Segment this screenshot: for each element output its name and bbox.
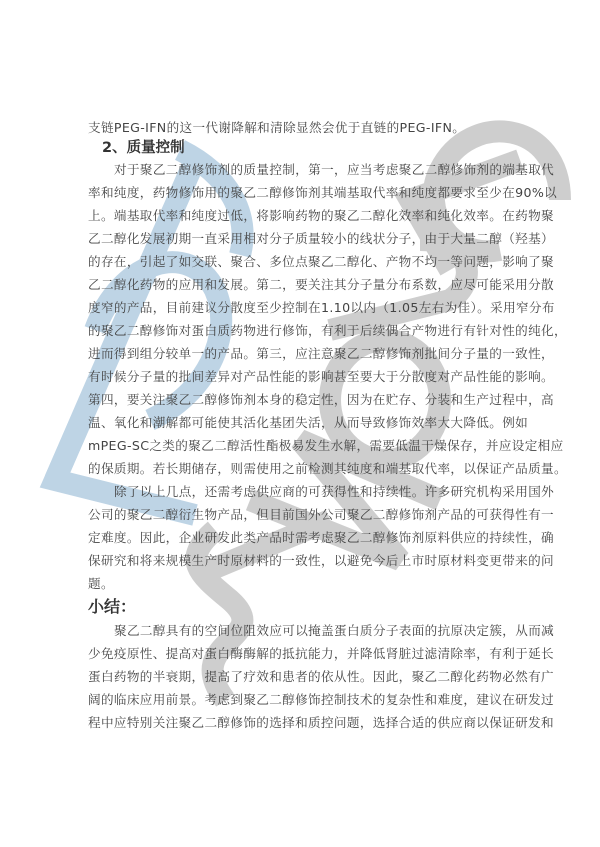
summary-heading: 小结： bbox=[88, 594, 136, 617]
text-line: 乙二醇化药物的应用和发展。第二，要关注其分子量分布系数，应尽可能采用分散 bbox=[88, 273, 514, 297]
text-line: 第四，要关注聚乙二醇修饰剂本身的稳定性，因为在贮存、分装和生产过程中，高 bbox=[88, 388, 514, 412]
text-line: 进而得到组分较单一的产品。第三，应注意聚乙二醇修饰剂批间分子量的一致性， bbox=[88, 342, 514, 366]
text-line: 的保质期。若长期储存，则需使用之前检测其纯度和端基取代率，以保证产品质量。 bbox=[88, 457, 514, 481]
text-line: 的聚乙二醇修饰对蛋白质药物进行修饰，有利于后续偶合产物进行有针对性的纯化， bbox=[88, 319, 514, 343]
text-line: 对于聚乙二醇修饰剂的质量控制，第一，应当考虑聚乙二醇修饰剂的端基取代 bbox=[114, 158, 514, 182]
text-line: 公司的聚乙二醇衍生物产品，但目前国外公司聚乙二醇修饰剂产品的可获得性有一 bbox=[88, 503, 514, 527]
text-line: 保研究和将来规模生产时原材料的一致性，以避免今后上市时原材料变更带来的问 bbox=[88, 549, 514, 573]
text-line: 程中应特别关注聚乙二醇修饰的选择和质控问题，选择合适的供应商以保证研发和 bbox=[88, 711, 514, 735]
text-line: 阔的临床应用前景。考虑到聚乙二醇修饰控制技术的复杂性和难度，建议在研发过 bbox=[88, 688, 514, 712]
text-line: 少免疫原性、提高对蛋白酶酶解的抵抗能力，并降低肾脏过滤清除率，有利于延长 bbox=[88, 642, 514, 666]
text-line: 除了以上几点，还需考虑供应商的可获得性和持续性。许多研究机构采用国外 bbox=[114, 480, 514, 504]
text-line: 率和纯度，药物修饰用的聚乙二醇修饰剂其端基取代率和纯度都要求至少在90%以 bbox=[88, 181, 514, 205]
section-heading-quality-control: 2、质量控制 bbox=[102, 136, 185, 157]
text-line: 题。 bbox=[88, 572, 514, 596]
text-line: 定难度。因此，企业研发此类产品时需考虑聚乙二醇修饰剂原料供应的持续性，确 bbox=[88, 526, 514, 550]
text-line: 度窄的产品，目前建议分散度至少控制在1.10以内（1.05左右为佳）。采用窄分布 bbox=[88, 296, 514, 320]
text-line: 聚乙二醇具有的空间位阻效应可以掩盖蛋白质分子表面的抗原决定簇，从而减 bbox=[114, 619, 514, 643]
text-line: 乙二醇化发展初期一直采用相对分子质量较小的线状分子，由于大量二醇（羟基） bbox=[88, 227, 514, 251]
text-line: 温、氧化和潮解都可能使其活化基团失活，从而导致修饰效率大大降低。例如 bbox=[88, 411, 514, 435]
text-line: 的存在，引起了如交联、聚合、多位点聚乙二醇化、产物不均一等问题，影响了聚 bbox=[88, 250, 514, 274]
text-line: 有时候分子量的批间差异对产品性能的影响甚至要大于分散度对产品性能的影响。 bbox=[88, 365, 514, 389]
text-line: 蛋白药物的半衰期，提高了疗效和患者的依从性。因此，聚乙二醇化药物必然有广 bbox=[88, 665, 514, 689]
text-line: 上。端基取代率和纯度过低，将影响药物的聚乙二醇化效率和纯化效率。在药物聚 bbox=[88, 204, 514, 228]
text-line: mPEG-SC之类的聚乙二醇活性酯极易发生水解，需要低温干燥保存，并应设定相应 bbox=[88, 434, 514, 458]
